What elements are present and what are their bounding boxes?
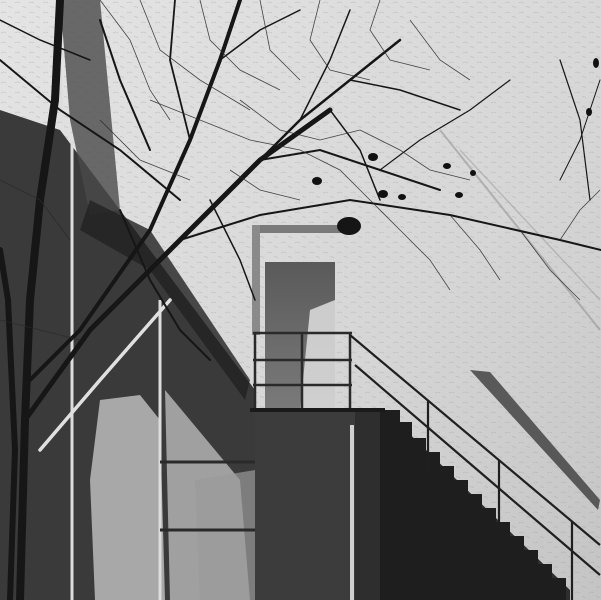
wall-lamp <box>337 217 361 235</box>
photograph <box>0 0 601 600</box>
